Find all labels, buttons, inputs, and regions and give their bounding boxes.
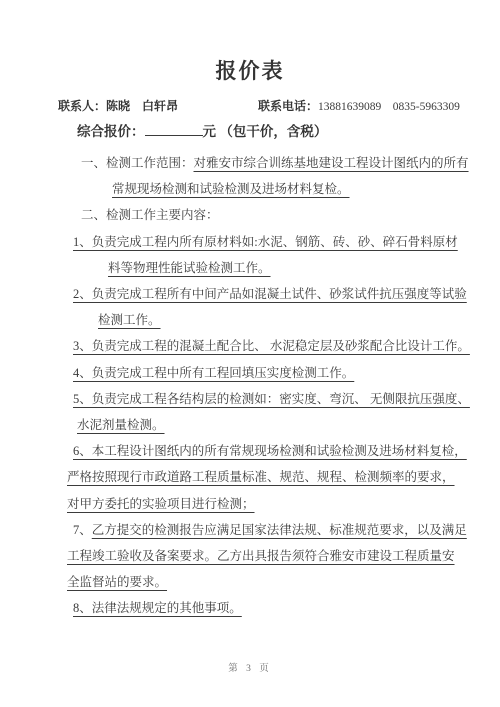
quote-note: （包干价，含税） [219, 124, 327, 139]
line-prefix: 二、检测工作主要内容： [81, 208, 219, 222]
document-line: 6、本工程设计图纸内的所有常规现场检测和试验检测及进场材料复检， [73, 438, 500, 464]
line-text-underlined: 4、负责完成工程中所有工程回填压实度检测工作。 [73, 366, 354, 380]
line-text-underlined: 对雅安市综合训练基地建设工程设计图纸内的所有 [194, 156, 469, 170]
document-line: 3、负责完成工程的混凝土配合比、 水泥稳定层及砂浆配合比设计工作。 [73, 333, 500, 359]
line-text-underlined: 1、负责完成工程内所有原材料如:水泥、钢筋、砖、砂、碎石骨料原材 [73, 235, 458, 249]
document-line: 对甲方委托的实验项目进行检测； [67, 491, 500, 517]
document-line: 工程竣工验收及备案要求。乙方出具报告须符合雅安市建设工程质量安 [67, 543, 500, 569]
page-number: 第 3 页 [0, 660, 500, 674]
document-line: 检测工作。 [98, 307, 500, 333]
line-text-underlined: 6、本工程设计图纸内的所有常规现场检测和试验检测及进场材料复检， [73, 444, 467, 458]
line-prefix: 7、 [73, 523, 92, 537]
document-line: 2、负责完成工程所有中间产品如混凝土试件、砂浆试件抗压强度等试验 [73, 281, 500, 307]
line-text-underlined: 5、负责完成工程各结构层的检测如：密实度、弯沉、 无侧限抗压强度、 [73, 392, 470, 406]
line-text-underlined: 水泥剂量检测。 [77, 418, 165, 432]
document-line: 水泥剂量检测。 [77, 412, 500, 438]
line-text-underlined: 全监督站的要求。 [67, 575, 167, 589]
document-line: 二、检测工作主要内容： [81, 202, 500, 228]
document-line: 常规现场检测和试验检测及进场材料复检。 [112, 176, 500, 202]
contact-phone-numbers: 13881639089 0835-5963309 [318, 101, 460, 113]
line-text-underlined: 料等物理性能试验检测工作。 [108, 261, 271, 275]
line-text-underlined: 3、负责完成工程的混凝土配合比、 水泥稳定层及砂浆配合比设计工作。 [73, 339, 470, 353]
quote-unit: 元 [203, 124, 217, 139]
document-line: 5、负责完成工程各结构层的检测如：密实度、弯沉、 无侧限抗压强度、 [73, 386, 500, 412]
document-line: 一、检测工作范围：对雅安市综合训练基地建设工程设计图纸内的所有 [81, 150, 500, 176]
line-text-underlined: 8、法律法规规定的其他事项。 [73, 601, 242, 615]
page-title: 报价表 [0, 0, 500, 85]
contact-person-label: 联系人： [58, 99, 106, 113]
line-text-underlined: 严格按照现行市政道路工程质量标准、规范、规程、检测频率的要求， [67, 470, 455, 484]
contact-phone-label: 联系电话： [258, 99, 318, 113]
quote-label: 综合报价： [77, 124, 145, 139]
line-text-underlined: 检测工作。 [98, 313, 161, 327]
document-line: 1、负责完成工程内所有原材料如:水泥、钢筋、砖、砂、碎石骨料原材 [73, 229, 500, 255]
line-text-underlined: 工程竣工验收及备案要求。乙方出具报告须符合雅安市建设工程质量安 [67, 549, 455, 563]
scanned-document-page: 报价表 联系人：陈晓 白轩昂联系电话：13881639089 0835-5963… [0, 0, 500, 707]
document-line: 全监督站的要求。 [67, 569, 500, 595]
line-text-underlined: 2、负责完成工程所有中间产品如混凝土试件、砂浆试件抗压强度等试验 [73, 287, 467, 301]
contact-person: 联系人：陈晓 白轩昂 [58, 98, 258, 114]
contact-phone: 联系电话：13881639089 0835-5963309 [258, 99, 460, 113]
document-line: 料等物理性能试验检测工作。 [108, 255, 500, 281]
line-text-underlined: 常规现场检测和试验检测及进场材料复检。 [112, 182, 350, 196]
document-body: 一、检测工作范围：对雅安市综合训练基地建设工程设计图纸内的所有 常规现场检测和试… [0, 150, 500, 622]
contact-row: 联系人：陈晓 白轩昂联系电话：13881639089 0835-5963309 [58, 98, 500, 115]
line-prefix: 一、检测工作范围： [81, 156, 194, 170]
contact-person-names: 陈晓 白轩昂 [106, 99, 178, 113]
line-text-underlined: 对甲方委托的实验项目进行检测； [67, 497, 255, 511]
quote-blank-field [145, 122, 203, 136]
document-line: 7、乙方提交的检测报告应满足国家法律法规、标准规范要求，以及满足 [73, 517, 500, 543]
document-line: 4、负责完成工程中所有工程回填压实度检测工作。 [73, 360, 500, 386]
line-text-underlined: 乙方提交的检测报告应满足国家法律法规、标准规范要求，以及满足 [92, 523, 467, 537]
document-line: 8、法律法规规定的其他事项。 [73, 595, 500, 621]
quote-row: 综合报价：元 （包干价，含税） [77, 122, 500, 141]
document-line: 严格按照现行市政道路工程质量标准、规范、规程、检测频率的要求， [67, 464, 500, 490]
